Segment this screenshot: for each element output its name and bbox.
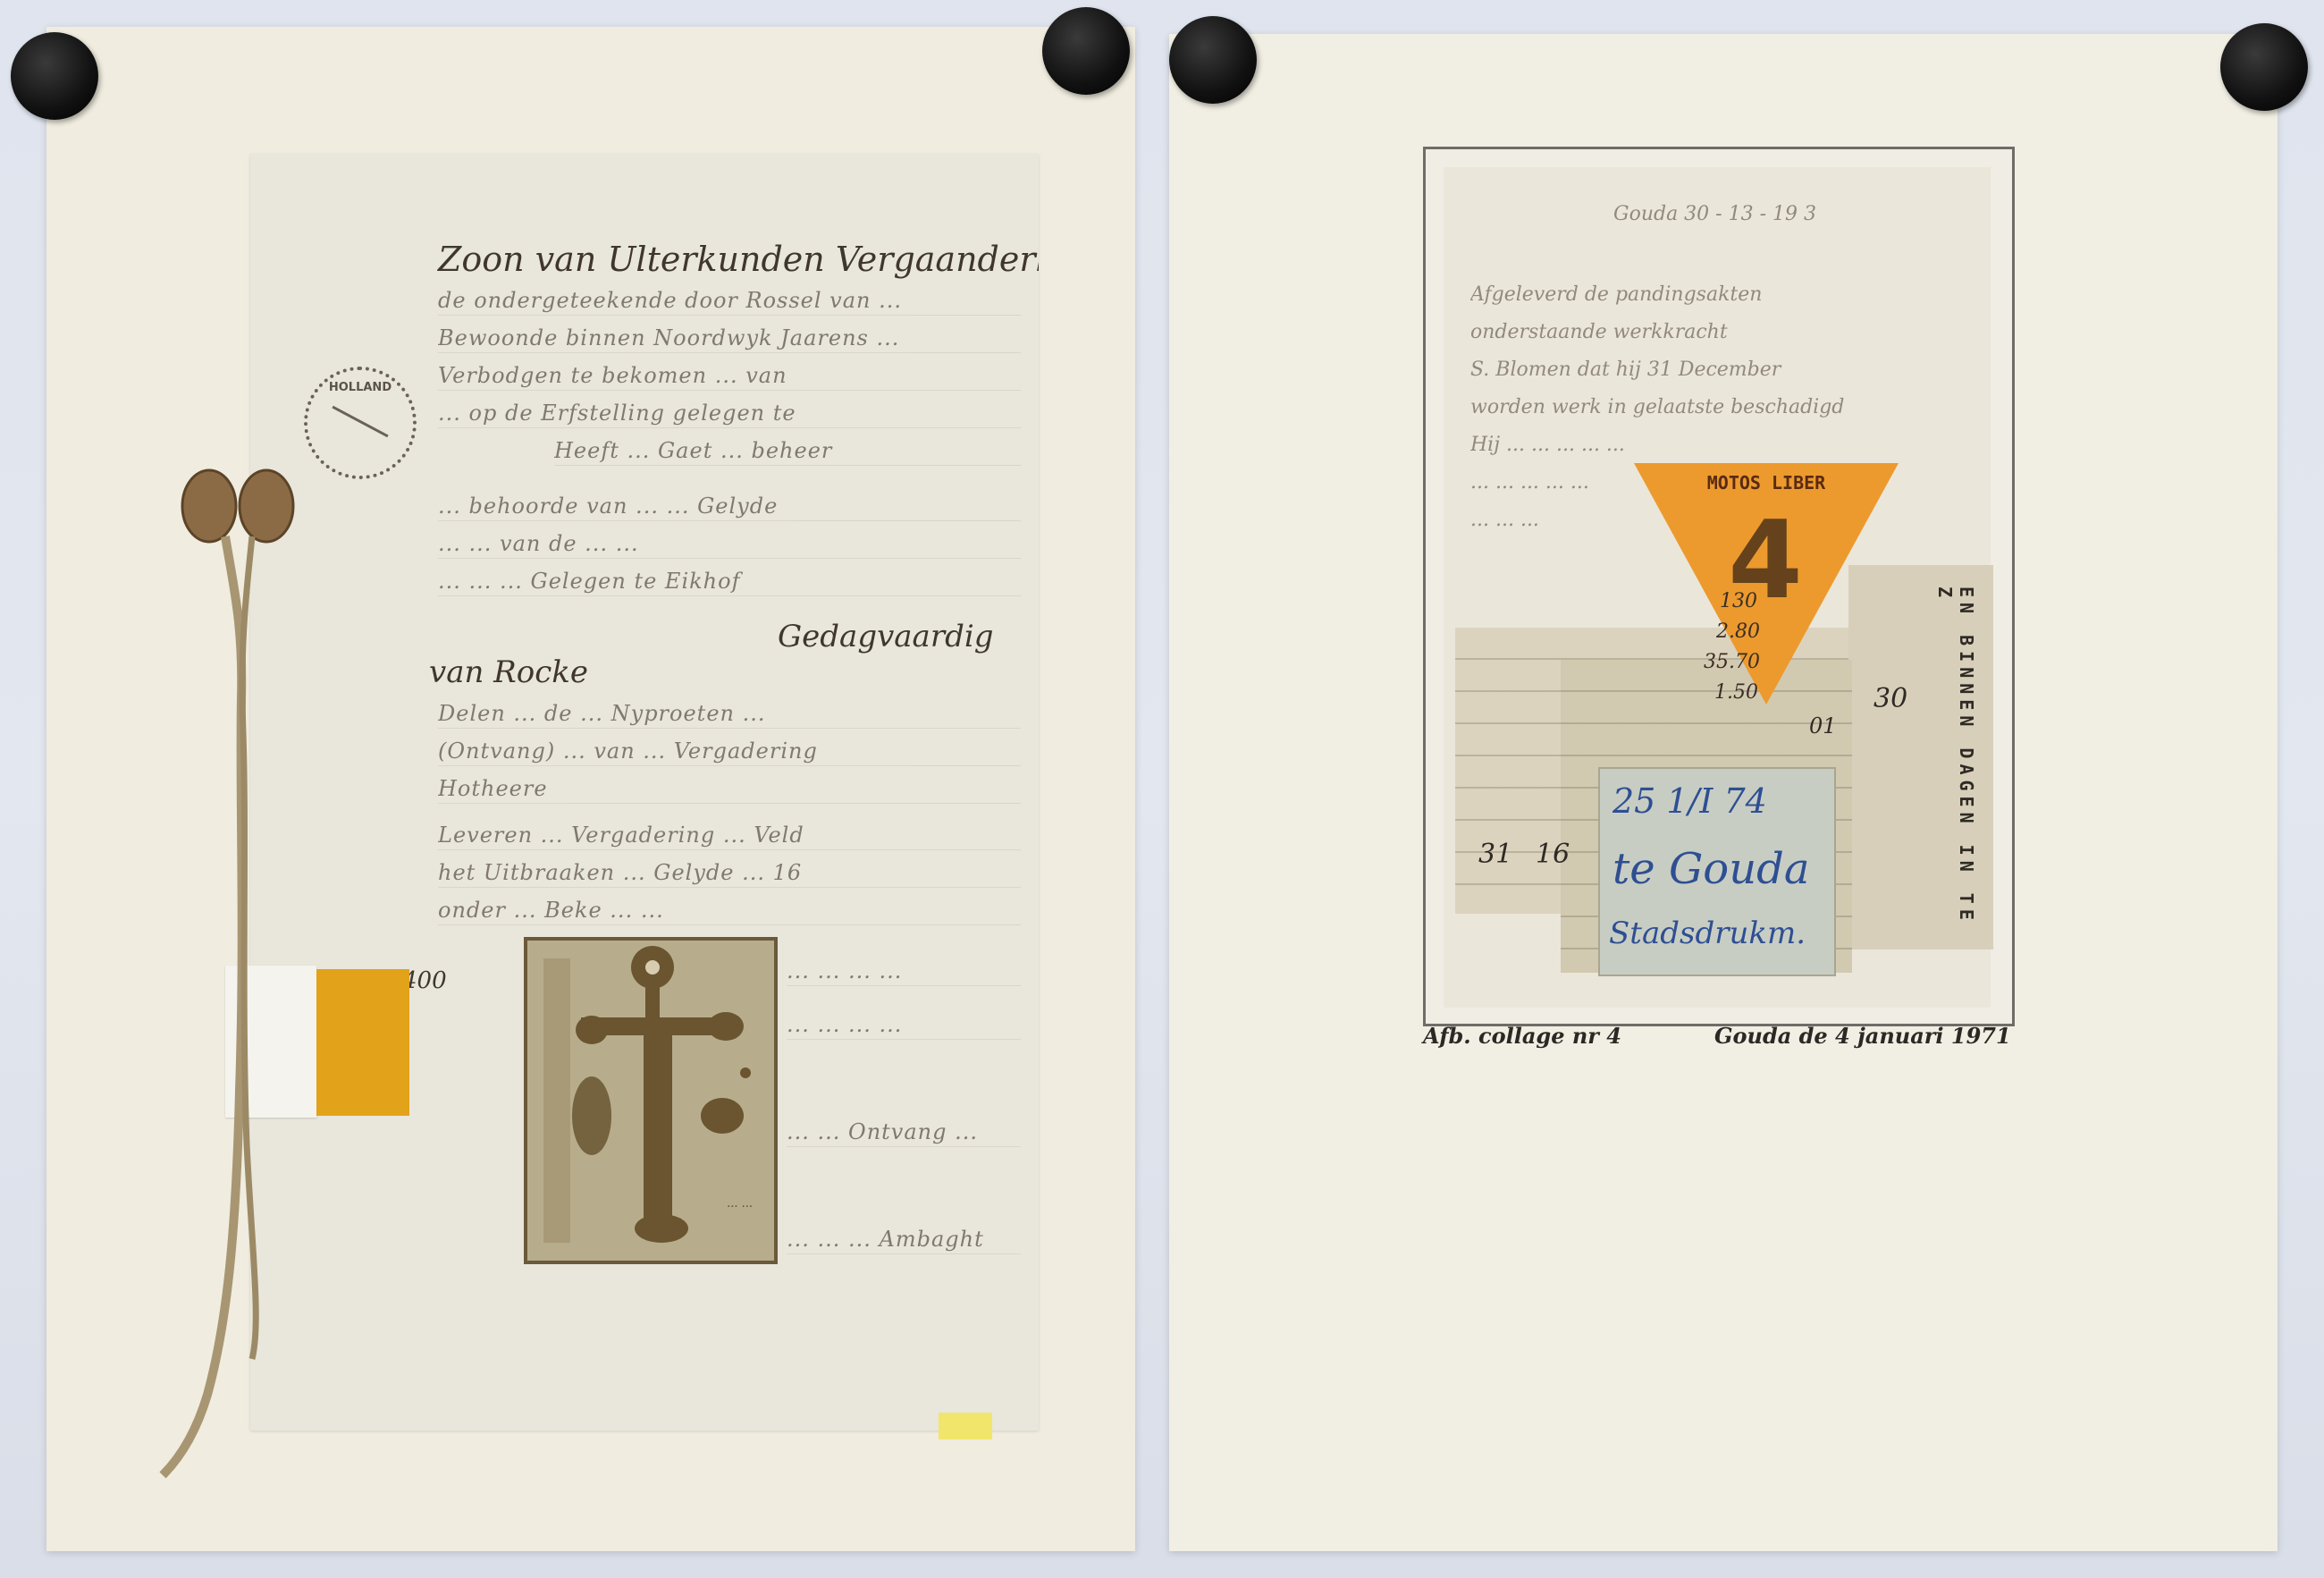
triangle-label-text: MOTOS LIBER [1670, 472, 1863, 494]
script-line: Afgeleverd de pandingsakten [1470, 283, 1973, 310]
triangle-figure: 35.70 [1704, 651, 1760, 673]
ledger-vertical-text: EN BINNEN DAGEN IN TE Z [1934, 586, 1977, 949]
ledger-number: 16 [1536, 839, 1570, 870]
blue-card-line: 25 1/I 74 [1612, 781, 1767, 821]
script-line: ... ... ... Gelegen te Eikhof [438, 569, 1021, 596]
script-line: de ondergeteekende door Rossel van ... [438, 288, 1021, 316]
stamp-label: HOLLAND [307, 381, 413, 394]
blue-card-line: te Gouda [1612, 844, 1809, 894]
script-line: Verbodgen te bekomen ... van [438, 363, 1021, 391]
inline-word-gedagvaardig: Gedagvaardig [778, 619, 994, 654]
signature-right: Gouda de 4 januari 1971 [1714, 1023, 2011, 1049]
blue-card-line: Stadsdrukm. [1609, 916, 1806, 951]
ledger-number: 31 [1478, 839, 1512, 870]
triangle-figure: 1.50 [1714, 681, 1758, 704]
yellow-tab [939, 1413, 992, 1439]
script-line: Bewoonde binnen Noordwyk Jaarens ... [438, 325, 1021, 353]
magnet-left-sheet-right [1042, 7, 1130, 95]
script-line: ... op de Erfstelling gelegen te [438, 401, 1021, 428]
triangle-figure: 2.80 [1716, 620, 1760, 643]
circular-stamp: HOLLAND [304, 367, 417, 479]
script-line: Hotheere [438, 776, 1021, 804]
script-line: ... behoorde van ... ... Gelyde [438, 494, 1021, 521]
script-line: (Ontvang) ... van ... Vergadering [438, 738, 1021, 766]
script-line: S. Blomen dat hij 31 December [1470, 359, 1973, 385]
script-line: onder ... Beke ... ... [438, 898, 1021, 925]
signature-left: Afb. collage nr 4 [1423, 1023, 1621, 1049]
magnet-right-sheet-left [1169, 16, 1257, 104]
script-line: ... ... ... ... [787, 1012, 1021, 1040]
magnet-top-left [11, 32, 98, 120]
script-line: ... ... Ontvang ... [787, 1119, 1021, 1147]
script-line: ... ... ... Ambaght [787, 1227, 1021, 1254]
script-line: het Uitbraaken ... Gelyde ... 16 [438, 860, 1021, 888]
blue-ink-card: 25 1/I 74 te Gouda Stadsdrukm. [1598, 767, 1836, 976]
script-line: Hij ... ... ... ... ... [1470, 434, 1973, 460]
inline-word-name: van Rocke [429, 654, 588, 690]
script-line: ... ... van de ... ... [438, 531, 1021, 559]
letter-heading: Zoon van Ulterkunden Vergaanderlyke [438, 240, 1039, 279]
right-artwork-sheet: Gouda 30 - 13 - 19 3 Afgeleverd de pandi… [1169, 34, 2278, 1551]
cross-figure-icon [527, 941, 774, 1261]
script-line: worden werk in gelaatste beschadigd [1470, 396, 1973, 423]
date-line: Gouda 30 - 13 - 19 3 [1613, 203, 1973, 230]
script-line: Leveren ... Vergadering ... Veld [438, 823, 1021, 850]
script-line: ... ... ... ... [787, 958, 1021, 986]
script-line: Heeft ... Gaet ... beheer [554, 438, 1021, 466]
old-handwritten-letter: Zoon van Ulterkunden Vergaanderlyke de o… [250, 154, 1039, 1430]
twine-cord-icon [154, 465, 333, 1484]
ledger-number: 01 [1809, 713, 1837, 738]
script-line: Delen ... de ... Nyproeten ... [438, 701, 1021, 729]
left-artwork-sheet: Zoon van Ulterkunden Vergaanderlyke de o… [46, 27, 1135, 1551]
magnet-top-right [2220, 23, 2308, 111]
cross-card-caption: ... ... [727, 1197, 753, 1211]
script-line: onderstaande werkkracht [1470, 321, 1973, 348]
triangle-figure: 130 [1720, 590, 1757, 612]
embroidered-cross-card: ... ... [524, 937, 778, 1264]
